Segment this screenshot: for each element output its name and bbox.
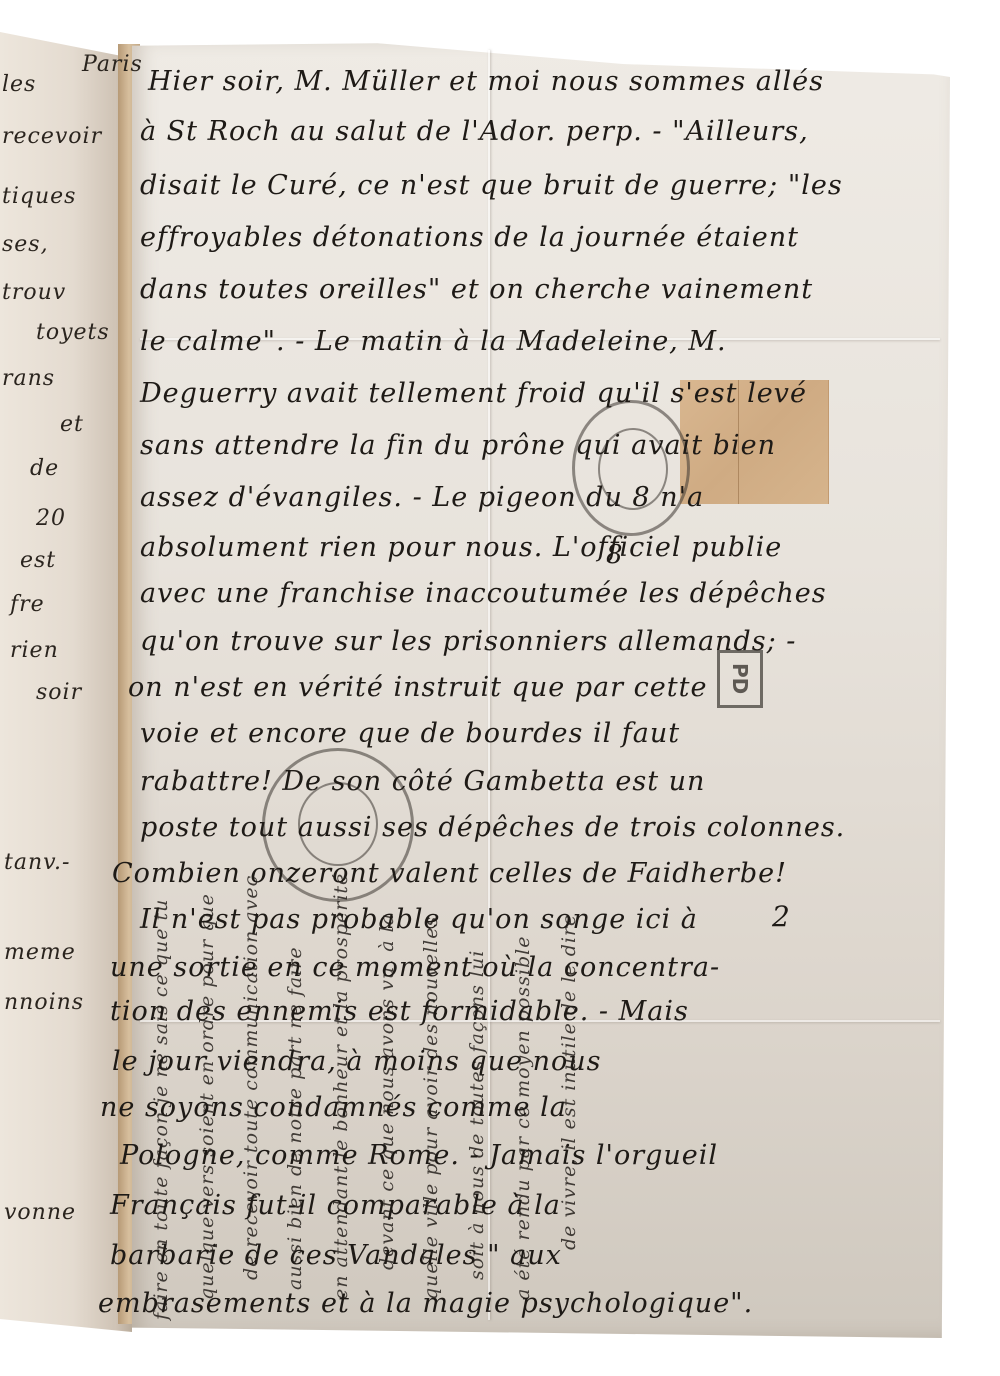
text-line: sans attendre la fin du prône qui avait … xyxy=(140,430,776,461)
left-fragment: toyets xyxy=(36,320,110,345)
text-line: avec une franchise inaccoutumée les dépê… xyxy=(140,578,827,609)
text-line: rabattre! De son côté Gambetta est un xyxy=(140,766,705,797)
text-line: ne soyons condamnés comme la xyxy=(100,1092,567,1123)
text-line: le calme". - Le matin à la Madeleine, M. xyxy=(140,326,727,357)
text-line: le jour viendra, à moins que nous xyxy=(112,1046,602,1077)
text-line: Pologne, comme Rome. - Jamais l'orgueil xyxy=(120,1140,718,1171)
text-line: qu'on trouve sur les prisonniers alleman… xyxy=(140,626,796,657)
margin-note: 2 xyxy=(772,900,791,933)
left-fragment: tiques xyxy=(2,184,76,209)
text-line: Il n'est pas probable qu'on songe ici à xyxy=(140,904,698,935)
left-fragment: recevoir xyxy=(2,124,102,149)
left-fragment: ses, xyxy=(2,232,49,257)
left-fragment: de xyxy=(30,456,59,481)
left-fragment: les xyxy=(2,72,36,97)
text-line: poste tout aussi ses dépêches de trois c… xyxy=(140,812,845,843)
text-line: on n'est en vérité instruit que par cett… xyxy=(128,672,707,703)
text-line: dans toutes oreilles" et on cherche vain… xyxy=(140,274,813,305)
text-line: disait le Curé, ce n'est que bruit de gu… xyxy=(140,170,843,201)
margin-note: 8 xyxy=(606,540,624,570)
left-fragment: est xyxy=(20,548,56,573)
text-line: une sortie en ce moment où la concentra- xyxy=(110,952,720,983)
left-fragment: tanv.- xyxy=(4,850,70,875)
left-fragment: rien xyxy=(10,638,59,663)
left-fragment: meme xyxy=(4,940,76,965)
text-line: barbarie de ces Vandales " aux xyxy=(110,1240,562,1271)
text-line: voie et encore que de bourdes il faut xyxy=(140,718,680,749)
left-fragment: soir xyxy=(36,680,82,705)
text-line: à St Roch au salut de l'Ador. perp. - "A… xyxy=(140,116,809,147)
text-line: tion des ennemis est formidable. - Mais xyxy=(110,996,689,1027)
left-fragment: trouv xyxy=(2,280,66,305)
cross-column: en attendant le bonheur et la prospérité xyxy=(330,873,352,1300)
text-line: embrasements et à la magie psychologique… xyxy=(98,1288,753,1319)
text-line: assez d'évangiles. - Le pigeon du 8 n'a xyxy=(140,482,704,513)
left-fragment: rans xyxy=(2,366,55,391)
left-fragment: fre xyxy=(10,592,45,617)
text-line: Combien onzeront valent celles de Faidhe… xyxy=(112,858,787,889)
left-fragment: nnoins xyxy=(4,990,84,1015)
text-line: effroyables détonations de la journée ét… xyxy=(140,222,799,253)
text-line: absolument rien pour nous. L'officiel pu… xyxy=(140,532,782,563)
text-line: Français fut-il comparable à la xyxy=(110,1190,561,1221)
left-fragment: 20 xyxy=(36,506,66,531)
text-line: Deguerry avait tellement froid qu'il s'e… xyxy=(140,378,807,409)
left-fragment: vonne xyxy=(4,1200,76,1225)
left-fragment: et xyxy=(60,412,84,437)
box-stamp: PD xyxy=(717,650,763,708)
text-line: Hier soir, M. Müller et moi nous sommes … xyxy=(148,66,824,97)
left-fragment: Paris xyxy=(82,52,143,77)
